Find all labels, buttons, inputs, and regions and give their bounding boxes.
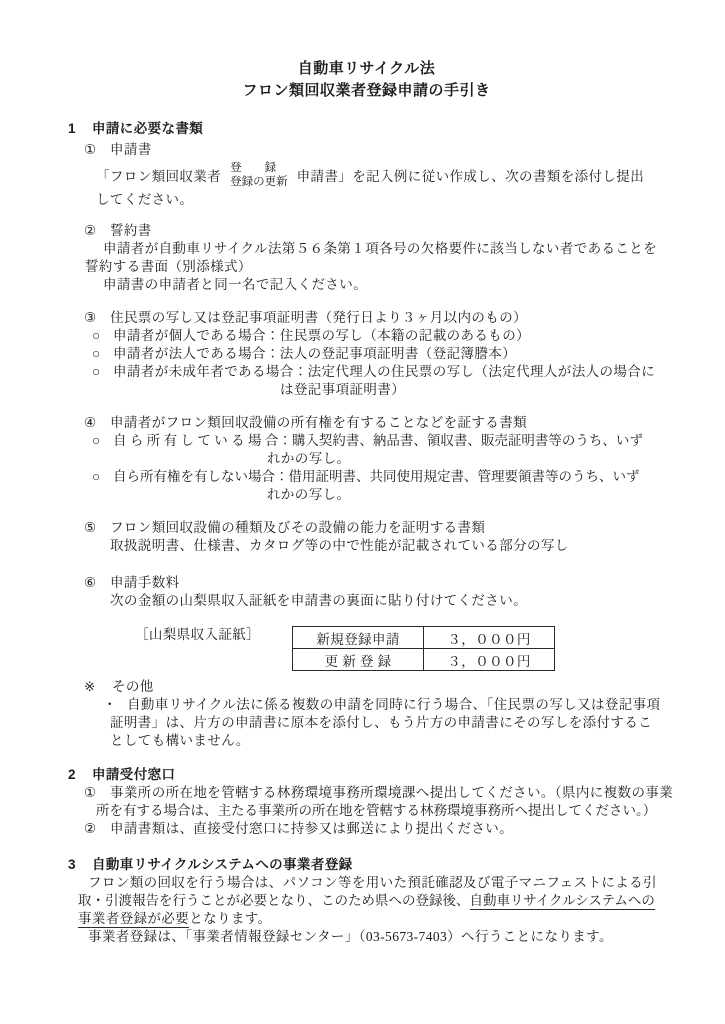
circle-marker: ○ [92, 468, 113, 486]
item-other-notes: ※ その他 ・ 自動車リサイクル法に係る複数の申請を同時に行う場合、「住民票の写… [68, 678, 665, 750]
item3-bullet-individual: ○ 申請者が個人である場合：住民票の写し（本籍の記載のあるもの） [68, 327, 665, 345]
fee-row1-name: 新規登録申請 [293, 627, 424, 649]
other-line2: 証明書」は、片方の申請書に原本を添付し、もう片方の申請書にその写しを添付するこ [68, 714, 665, 732]
fee-section: ［山梨県収入証紙］ 新規登録申請 ３，０００円 更 新 登 録 ３，０００円 [68, 626, 665, 671]
registration-choice-stack: 登 録 登録の更新 [230, 161, 288, 189]
other-line3: としても構いません。 [68, 732, 665, 750]
item2-line3: 申請書の申請者と同一名で記入ください。 [68, 276, 665, 294]
section-business-registration: 3 自動車リサイクルシステムへの事業者登録 フロン類の回収を行う場合は、パソコン… [68, 856, 665, 946]
item1-text-post: 申請書」を記入例に従い作成し、次の書類を添付し提出 [297, 165, 645, 185]
section1-heading: 1 申請に必要な書類 [68, 120, 665, 138]
section-application-desk: 2 申請受付窓口 ① 事業所の所在地を管轄する林務環境事務所環境課へ提出してくだ… [68, 766, 665, 838]
reference-mark: ※ [84, 678, 112, 696]
section2-number: 2 [68, 766, 92, 784]
stack-option-renewal: 登録の更新 [230, 175, 288, 189]
other-head: ※ その他 [68, 678, 665, 696]
item1-continuation: してください。 [68, 191, 665, 209]
section2-item2-head: ② 申請書類は、直接受付窓口に持参又は郵送により提出ください。 [68, 820, 665, 838]
item6-title: 申請手数料 [110, 574, 180, 592]
section2-item1-number: ① [84, 784, 110, 802]
item6-head: ⑥ 申請手数料 [68, 574, 665, 592]
item4-bullet1-continuation: れかの写し。 [68, 450, 665, 468]
item3-bullet2-text: 申請者が法人である場合：法人の登記事項証明書（登記簿謄本） [113, 345, 516, 363]
section3-paragraph-line3: 事業者登録が必要となります。 [68, 910, 665, 928]
item1-title: 申請書 [110, 141, 152, 159]
item3-head: ③ 住民票の写し又は登記事項証明書（発行日より３ヶ月以内のもの） [68, 309, 665, 327]
fee-table: 新規登録申請 ３，０００円 更 新 登 録 ３，０００円 [292, 626, 555, 671]
circle-marker: ○ [92, 345, 113, 363]
section2-item1-line2: 所を有する場合は、主たる事業所の所在地を管轄する林務環境事務所へ提出してください… [68, 802, 665, 820]
item3-bullet-minor: ○ 申請者が未成年者である場合：法定代理人の住民票の写し（法定代理人が法人の場合… [68, 363, 665, 381]
doc-title-line1: 自動車リサイクル法 [68, 58, 665, 80]
item1-composite-line: 「フロン類回収業者 登 録 登録の更新 申請書」を記入例に従い作成し、次の書類を… [68, 159, 665, 191]
section1-number: 1 [68, 120, 92, 138]
dot-marker: ・ [103, 696, 127, 714]
section3-heading: 3 自動車リサイクルシステムへの事業者登録 [68, 856, 665, 874]
section3-line3-plain: となります。 [189, 911, 271, 926]
item3-bullet-corporation: ○ 申請者が法人である場合：法人の登記事項証明書（登記簿謄本） [68, 345, 665, 363]
item-ownership-proof: ④ 申請者がフロン類回収設備の所有権を有することなどを証する書類 ○ 自 ら 所… [68, 414, 665, 504]
item4-bullet-not-owned: ○ 自ら所有権を有しない場合：借用証明書、共同使用規定書、管理要領書等のうち、い… [68, 468, 665, 486]
item4-bullet-owned: ○ 自 ら 所 有 し て い る 場 合：購入契約書、納品書、領収書、販売証明… [68, 432, 665, 450]
item4-head: ④ 申請者がフロン類回収設備の所有権を有することなどを証する書類 [68, 414, 665, 432]
section3-title: 自動車リサイクルシステムへの事業者登録 [92, 856, 353, 874]
section2-item1-line1: 事業所の所在地を管轄する林務環境事務所環境課へ提出してください。（県内に複数の事… [110, 784, 673, 802]
item3-number: ③ [84, 309, 110, 327]
item4-bullet1-text: 自 ら 所 有 し て い る 場 合：購入契約書、納品書、領収書、販売証明書等… [113, 432, 643, 450]
item2-line2: 誓約する書面（別添様式） [68, 258, 665, 276]
fee-row2-name: 更 新 登 録 [293, 649, 424, 671]
item4-bullet2-text: 自ら所有権を有しない場合：借用証明書、共同使用規定書、管理要領書等のうち、いず [113, 468, 640, 486]
doc-title-line2: フロン類回収業者登録申請の手引き [68, 80, 665, 102]
section2-item2-line1: 申請書類は、直接受付窓口に持参又は郵送により提出ください。 [110, 820, 513, 838]
fee-row1-amount: ３，０００円 [424, 627, 555, 649]
title-block: 自動車リサイクル法 フロン類回収業者登録申請の手引き [68, 58, 665, 102]
fee-table-row-renewal: 更 新 登 録 ３，０００円 [293, 649, 555, 671]
item5-head: ⑤ フロン類回収設備の種類及びその設備の能力を証明する書類 [68, 519, 665, 537]
section3-paragraph-line2: 取・引渡報告を行うことが必要となり、このため県への登録後、自動車リサイクルシステ… [68, 892, 665, 910]
item-application-fee: ⑥ 申請手数料 次の金額の山梨県収入証紙を申請書の裏面に貼り付けてください。 ［… [68, 574, 665, 671]
section2-item2-number: ② [84, 820, 110, 838]
document-content: 自動車リサイクル法 フロン類回収業者登録申請の手引き 1 申請に必要な書類 ① … [0, 0, 725, 946]
item6-number: ⑥ [84, 574, 110, 592]
section3-paragraph-line1: フロン類の回収を行う場合は、パソコン等を用いた預託確認及び電子マニフェストによる… [68, 874, 665, 892]
item2-line1: 申請者が自動車リサイクル法第５６条第１項各号の欠格要件に該当しない者であることを [68, 240, 665, 258]
item4-title: 申請者がフロン類回収設備の所有権を有することなどを証する書類 [110, 414, 527, 432]
item-residence-certificate: ③ 住民票の写し又は登記事項証明書（発行日より３ヶ月以内のもの） ○ 申請者が個… [68, 309, 665, 399]
item5-title: フロン類回収設備の種類及びその設備の能力を証明する書類 [110, 519, 485, 537]
item1-head: ① 申請書 [68, 141, 665, 159]
item2-title: 誓約書 [110, 222, 152, 240]
section2-title: 申請受付窓口 [92, 766, 175, 784]
item4-number: ④ [84, 414, 110, 432]
item3-title: 住民票の写し又は登記事項証明書（発行日より３ヶ月以内のもの） [110, 309, 527, 327]
section3-contact-line: 事業者登録は、「事業者情報登録センター」（03-5673-7403）へ行うことに… [68, 928, 665, 946]
item-oath-document: ② 誓約書 申請者が自動車リサイクル法第５６条第１項各号の欠格要件に該当しない者… [68, 222, 665, 294]
item5-line1: 取扱説明書、仕様書、カタログ等の中で性能が記載されている部分の写し [68, 537, 665, 555]
section3-line2-underlined: 自動車リサイクルシステムへの [470, 893, 655, 910]
section-required-documents: 1 申請に必要な書類 ① 申請書 「フロン類回収業者 登 録 登録の更新 申請書… [68, 120, 665, 750]
document-page: 自動車リサイクル法 フロン類回収業者登録申請の手引き 1 申請に必要な書類 ① … [0, 0, 725, 1024]
circle-marker: ○ [92, 432, 113, 450]
section3-line3-underlined: 事業者登録が必要 [78, 911, 189, 928]
item-equipment-capability: ⑤ フロン類回収設備の種類及びその設備の能力を証明する書類 取扱説明書、仕様書、… [68, 519, 665, 555]
other-line1: 自動車リサイクル法に係る複数の申請を同時に行う場合、「住民票の写し又は登記事項 [127, 696, 660, 714]
section2-heading: 2 申請受付窓口 [68, 766, 665, 784]
section2-item1-head: ① 事業所の所在地を管轄する林務環境事務所環境課へ提出してください。（県内に複数… [68, 784, 665, 802]
item4-bullet2-continuation: れかの写し。 [68, 486, 665, 504]
section3-line2-plain: 取・引渡報告を行うことが必要となり、このため県への登録後、 [78, 893, 470, 908]
item2-number: ② [84, 222, 110, 240]
circle-marker: ○ [92, 327, 113, 345]
section1-title: 申請に必要な書類 [92, 120, 203, 138]
other-title: その他 [112, 678, 154, 696]
item5-number: ⑤ [84, 519, 110, 537]
other-bullet: ・ 自動車リサイクル法に係る複数の申請を同時に行う場合、「住民票の写し又は登記事… [68, 696, 665, 714]
fee-row2-amount: ３，０００円 [424, 649, 555, 671]
item-application-form: ① 申請書 「フロン類回収業者 登 録 登録の更新 申請書」を記入例に従い作成し… [68, 141, 665, 209]
stack-option-new: 登 録 [230, 161, 288, 175]
item3-bullet1-text: 申請者が個人である場合：住民票の写し（本籍の記載のあるもの） [113, 327, 530, 345]
revenue-stamp-label: ［山梨県収入証紙］ [135, 626, 260, 644]
section3-number: 3 [68, 856, 92, 874]
item2-head: ② 誓約書 [68, 222, 665, 240]
fee-table-row-new: 新規登録申請 ３，０００円 [293, 627, 555, 649]
item3-bullet3-continuation: は登記事項証明書） [68, 381, 665, 399]
circle-marker: ○ [92, 363, 113, 381]
item1-number: ① [84, 141, 110, 159]
item1-text-pre: 「フロン類回収業者 [96, 165, 221, 185]
item3-bullet3-text: 申請者が未成年者である場合：法定代理人の住民票の写し（法定代理人が法人の場合に [113, 363, 655, 381]
item6-line1: 次の金額の山梨県収入証紙を申請書の裏面に貼り付けてください。 [68, 592, 665, 610]
